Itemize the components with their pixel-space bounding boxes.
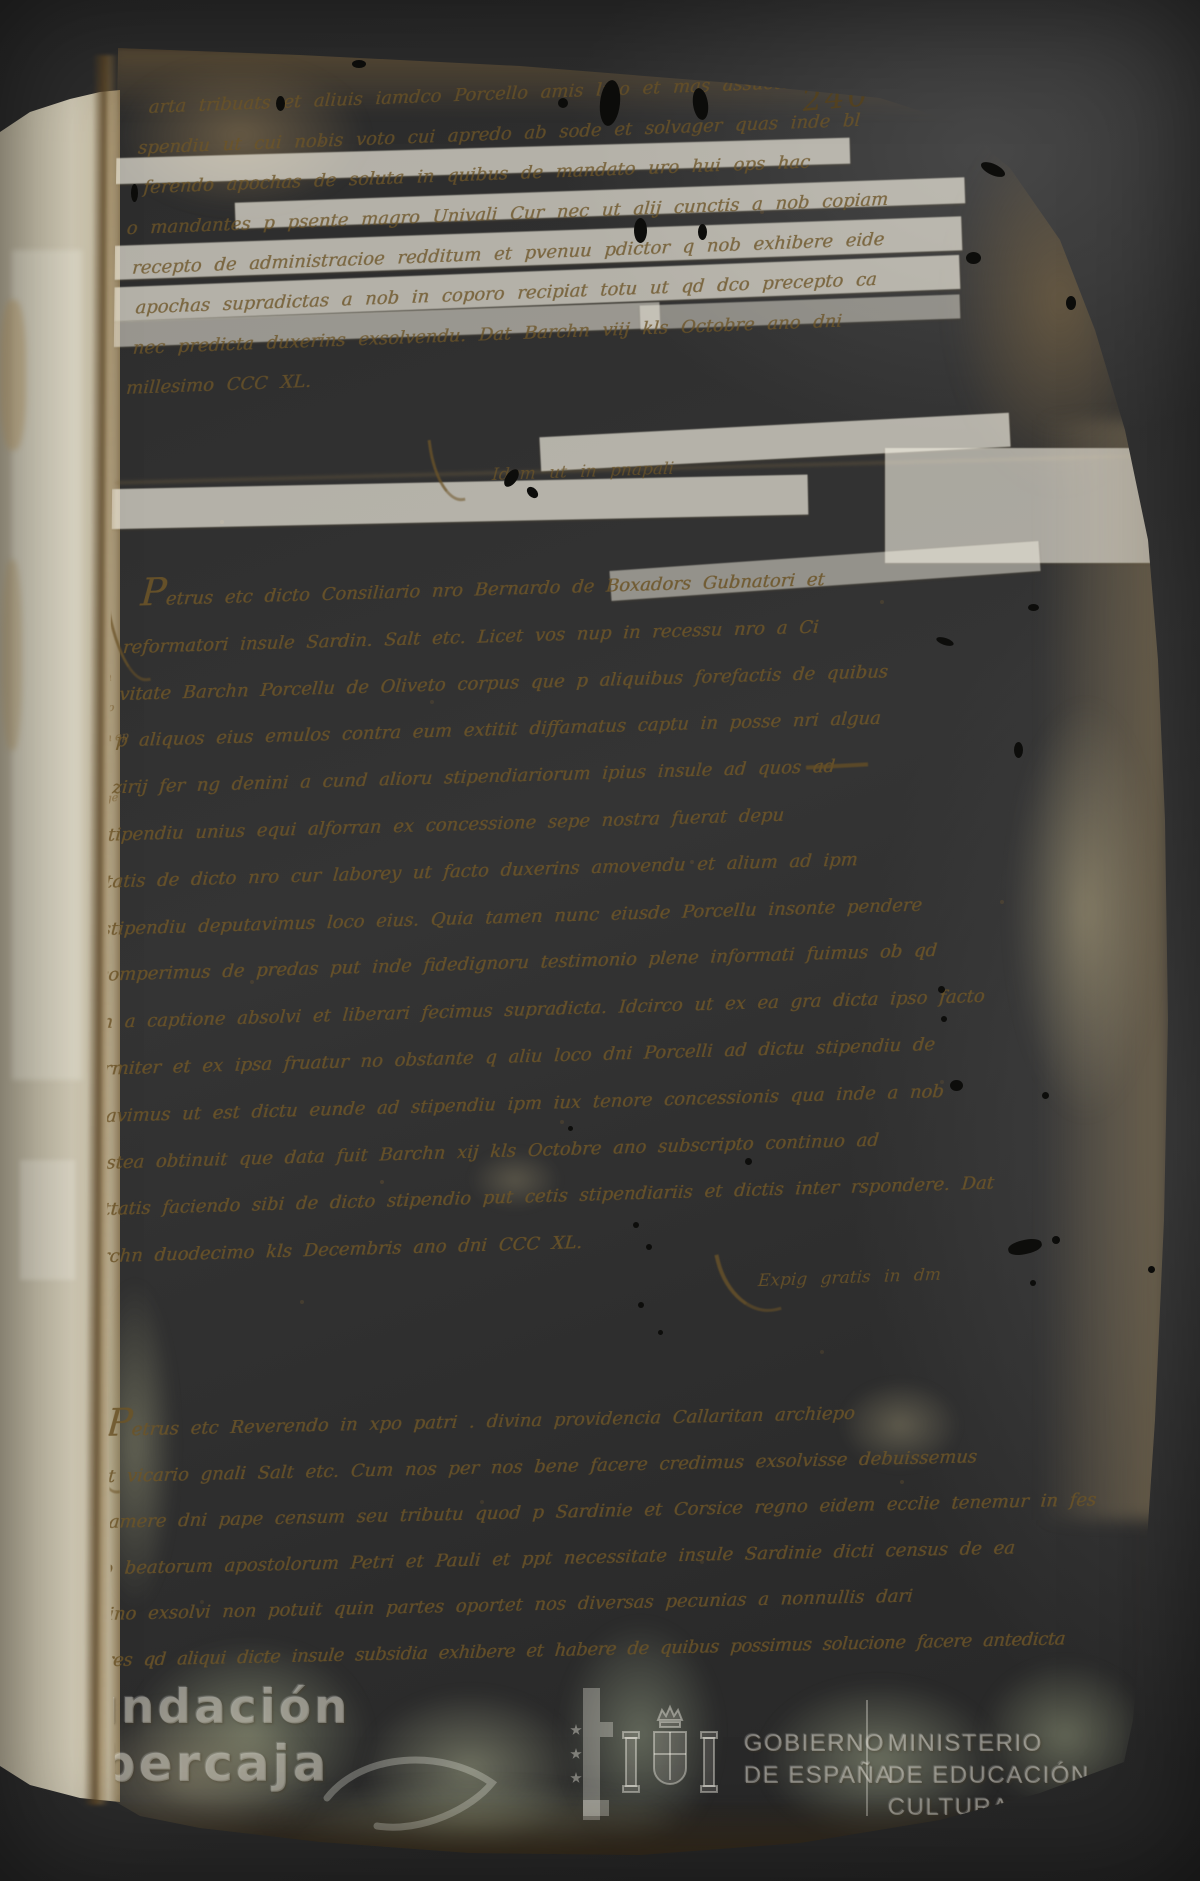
ink-blot xyxy=(1052,1236,1060,1244)
star-icon xyxy=(570,1748,582,1760)
closing-formula: Expig gratis in dm xyxy=(757,1265,941,1291)
ink-blot xyxy=(938,986,945,993)
watermark-divider xyxy=(866,1700,868,1816)
ink-blot xyxy=(1014,742,1023,758)
paper-fragment xyxy=(2,560,22,750)
photograph-background: arta tribuats et aliuis iamdco Porcello … xyxy=(0,0,1200,1881)
ink-blot xyxy=(745,1158,752,1165)
spain-coat-of-arms-icon xyxy=(618,1698,722,1810)
paper-fragment xyxy=(0,300,26,450)
manuscript-page: arta tribuats et aliuis iamdco Porcello … xyxy=(0,0,1200,1881)
watermark-ministerio: MINISTERIO DE EDUCACIÓN, CULTURA Y DEPOR… xyxy=(888,1728,1200,1856)
ink-blot xyxy=(558,98,568,108)
watermark-text: DE EDUCACIÓN, CULTURA xyxy=(888,1760,1200,1824)
watermark-gobierno: GOBIERNO DE ESPAÑA xyxy=(744,1728,893,1792)
ink-blot xyxy=(950,1080,963,1091)
text-block-middle: Petrus etc dicto Consiliario nro Bernard… xyxy=(75,552,1013,1282)
watermark-text: DE ESPAÑA xyxy=(744,1760,893,1792)
ink-blot xyxy=(698,224,707,240)
ibercaja-swoosh-icon xyxy=(322,1738,512,1848)
ink-blot xyxy=(941,1016,947,1022)
stain xyxy=(1040,420,1170,1520)
ink-blot xyxy=(1066,296,1076,310)
star-icon xyxy=(570,1772,582,1784)
ink-blot xyxy=(646,1244,652,1250)
page-number: 240 xyxy=(801,77,872,119)
foxing-specks xyxy=(0,0,4,4)
star-icon xyxy=(570,1724,582,1736)
page-edge-burn xyxy=(112,32,1062,66)
watermark-text: MINISTERIO xyxy=(888,1728,1200,1760)
watermark-text: GOBIERNO xyxy=(744,1728,893,1760)
ink-blot xyxy=(1042,1092,1049,1099)
ink-blot xyxy=(276,96,285,111)
paper-fragment xyxy=(20,1160,75,1280)
watermark-text: Y DEPORTE xyxy=(888,1824,1200,1856)
logo-foot xyxy=(583,1800,609,1816)
watermark-text: ibercaja xyxy=(80,1736,351,1792)
ink-blot xyxy=(658,1330,663,1335)
stain xyxy=(1010,700,1160,1120)
ink-blot xyxy=(1030,1280,1036,1286)
ink-blot xyxy=(633,1222,639,1228)
ink-blot xyxy=(1148,1266,1155,1273)
ink-blot xyxy=(979,159,1007,180)
ink-blot xyxy=(568,1126,573,1131)
ink-blot xyxy=(634,218,647,243)
ink-blot xyxy=(966,252,981,264)
ink-blot xyxy=(1007,1237,1043,1258)
ink-blot xyxy=(638,1302,644,1308)
ink-blot xyxy=(131,184,138,202)
text-block-lower: Petrus etc Reverendo in xpo patri . divi… xyxy=(85,1387,1013,1684)
logo-column-icon xyxy=(583,1688,600,1820)
ink-blot xyxy=(352,60,366,68)
logo-notch xyxy=(600,1722,613,1737)
ink-blot xyxy=(1028,604,1039,611)
